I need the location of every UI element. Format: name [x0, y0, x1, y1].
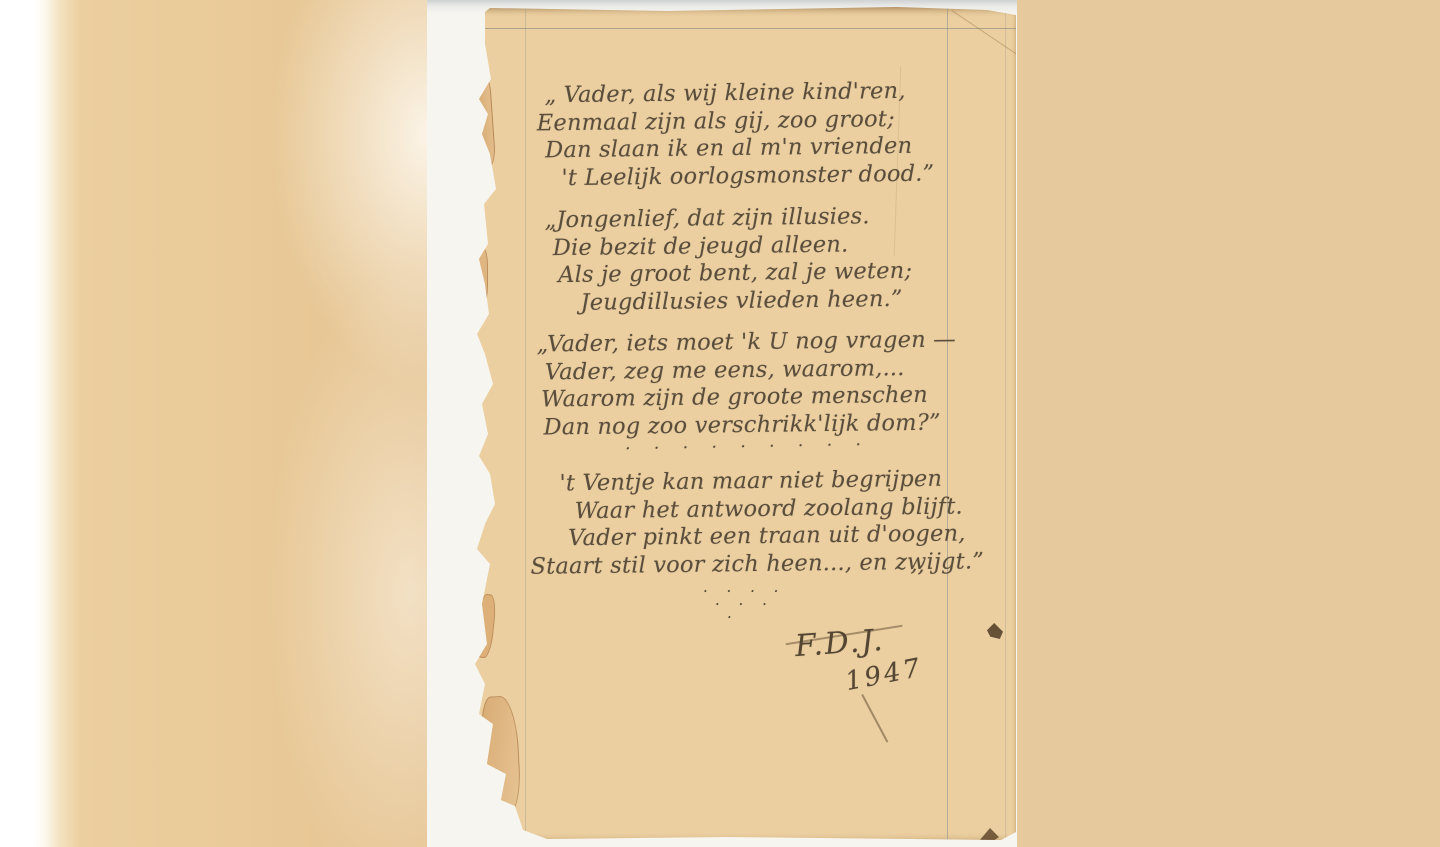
poem-line: „ Vader, als wij kleine kind'ren,	[544, 78, 933, 110]
torn-edge-flap	[472, 71, 497, 168]
poem-line: Jeugdillusies vlieden heen.”	[580, 285, 912, 317]
torn-edge-flap	[473, 248, 488, 308]
poem-stanza-1: „ Vader, als wij kleine kind'ren, Eenmaa…	[536, 78, 934, 193]
blurred-background-right	[1017, 0, 1440, 847]
poem-line: Als je groot bent, zal je weten;	[558, 258, 912, 290]
poem-line: Waarom zijn de groote menschen	[541, 381, 957, 414]
ink-blot	[987, 623, 1003, 639]
left-margin-line	[525, 6, 526, 842]
poem-line: 't Leelijk oorlogsmonster dood.”	[561, 160, 934, 192]
poem-stanza-3: „Vader, iets moet 'k U nog vragen — Vade…	[536, 326, 957, 441]
closing-dots-row: · · ·	[715, 595, 774, 613]
poem-stanza-2: „Jongenlief, dat zijn illusies. Die bezi…	[544, 203, 912, 317]
blurred-background-left	[0, 0, 427, 847]
year-flourish	[862, 694, 889, 742]
top-right-crease	[951, 10, 1023, 59]
poem-line: „Vader, iets moet 'k U nog vragen —	[536, 326, 956, 359]
closing-dots-row: ·	[727, 608, 739, 626]
torn-edge-flap	[480, 695, 522, 817]
torn-edge-flap	[474, 593, 498, 658]
poem-line: Vader pinkt een traan uit d'oogen,	[568, 520, 984, 553]
scanner-backing: „ Vader, als wij kleine kind'ren, Eenmaa…	[427, 0, 1017, 847]
signature-initials: F.D.J.	[794, 623, 886, 664]
poem-page: „ Vader, als wij kleine kind'ren, Eenmaa…	[427, 6, 1017, 842]
corner-stain	[483, 6, 535, 46]
torn-notch	[979, 828, 999, 841]
stanza-separator-dots: . . . . . . . . .	[625, 430, 870, 454]
right-edge-line	[1005, 6, 1006, 842]
scanned-poem-photo: „ Vader, als wij kleine kind'ren, Eenmaa…	[0, 0, 1440, 847]
poem-stanza-4: 't Ventje kan maar niet begrijpen Waar h…	[529, 465, 984, 581]
poem-line: Dan slaan ik en al m'n vrienden	[545, 133, 934, 165]
poem-line: Die bezit de jeugd alleen.	[553, 230, 912, 262]
stray-pen-mark: ’’	[907, 565, 924, 592]
